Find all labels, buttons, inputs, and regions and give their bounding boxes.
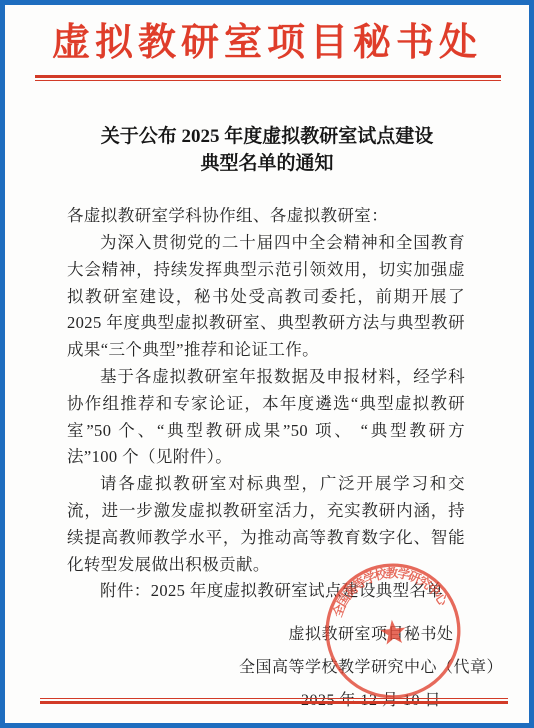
attachment-line: 附件：2025 年度虚拟教研室试点建设典型名单: [67, 578, 465, 605]
document-title: 关于公布 2025 年度虚拟教研室试点建设 典型名单的通知: [5, 123, 529, 177]
document-title-line2: 典型名单的通知: [5, 150, 529, 177]
salutation: 各虚拟教研室学科协作组、各虚拟教研室：: [67, 203, 465, 230]
signature-org-1: 虚拟教研室项目秘书处: [239, 618, 503, 651]
footer-divider: [40, 698, 508, 704]
letterhead-divider: [35, 75, 501, 81]
page-border: 虚拟教研室项目秘书处 关于公布 2025 年度虚拟教研室试点建设 典型名单的通知…: [0, 0, 534, 728]
document-body: 各虚拟教研室学科协作组、各虚拟教研室： 为深入贯彻党的二十届四中全会精神和全国教…: [5, 203, 529, 605]
paragraph-2: 基于各虚拟教研室年报数据及申报材料，经学科协作组推荐和专家论证，本年度遴选“典型…: [67, 364, 465, 471]
letterhead-title: 虚拟教研室项目秘书处: [5, 18, 529, 69]
signature-org-2: 全国高等学校教学研究中心（代章）: [239, 651, 503, 684]
document-page: 虚拟教研室项目秘书处 关于公布 2025 年度虚拟教研室试点建设 典型名单的通知…: [5, 5, 529, 723]
paragraph-3: 请各虚拟教研室对标典型，广泛开展学习和交流，进一步激发虚拟教研室活力，充实教研内…: [67, 471, 465, 578]
paragraph-1: 为深入贯彻党的二十届四中全会精神和全国教育大会精神，持续发挥典型示范引领效用，切…: [67, 230, 465, 364]
document-title-line1: 关于公布 2025 年度虚拟教研室试点建设: [5, 123, 529, 150]
